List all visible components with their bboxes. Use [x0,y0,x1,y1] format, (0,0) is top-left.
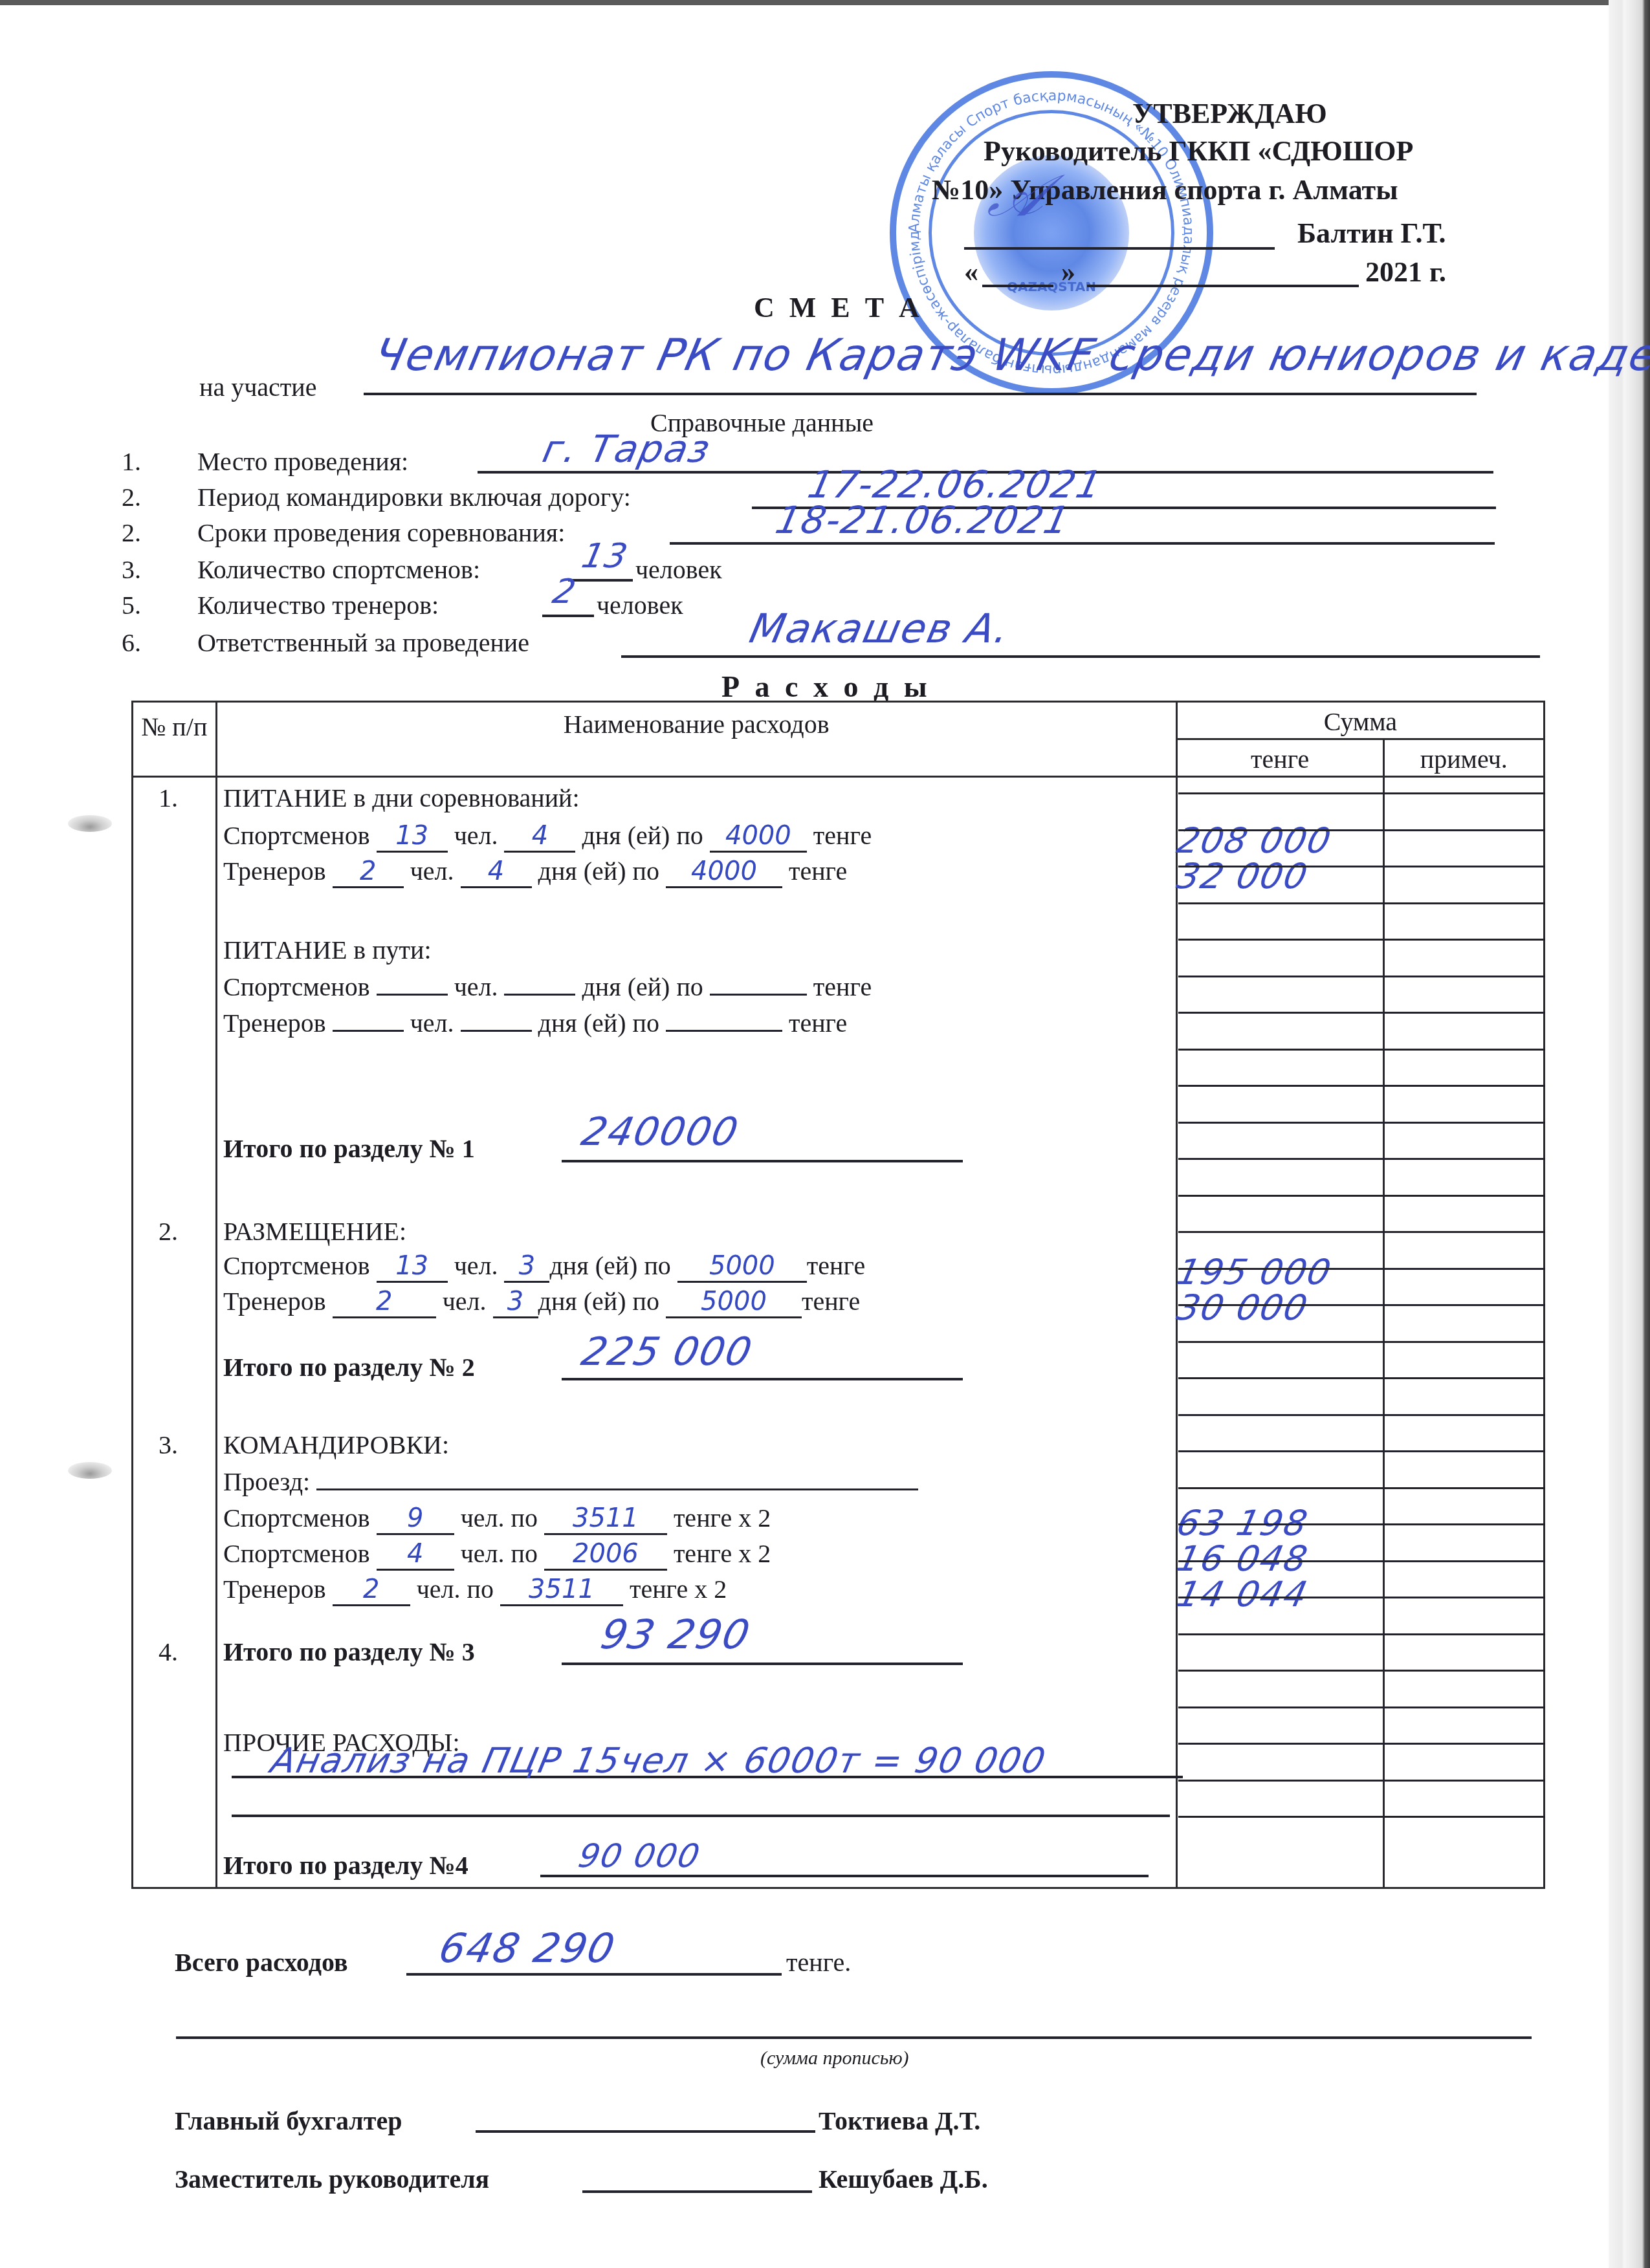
fill-rate: 4000 [710,821,807,853]
label: чел. [454,821,498,850]
fill-count: 13 [377,821,448,853]
row-coaches-food: Тренеров 2 чел. 4 дня (ей) по 4000 тенге [223,856,847,888]
label: Тренеров [223,856,326,886]
header-name: Наименование расходов [216,702,1176,777]
ref-suffix: человек [597,590,683,620]
sum-column [1176,777,1383,1888]
total-line [562,1160,963,1162]
deputy-name: Кешубаев Д.Б. [819,2164,988,2194]
label: Спортсменов [223,1539,370,1568]
grid-row-rule [1178,902,1545,904]
label: Спортсменов [223,1251,370,1280]
total-section-3-label: Итого по разделу № 3 [223,1637,475,1667]
ref-label-athletes: Количество спортсменов: [197,554,480,585]
row-athletes-travel-2: Спортсменов 4 чел. по 2006 тенге х 2 [223,1538,771,1571]
ref-label-coaches: Количество тренеров: [197,590,439,620]
row-athletes-lodging: Спортсменов 13 чел. 3дня (ей) по 5000тен… [223,1250,865,1283]
label: дня (ей) по [538,1009,659,1038]
label: чел. по [461,1503,538,1532]
fill-rate: 5000 [666,1287,802,1318]
row-coaches-road: Тренеров чел. дня (ей) по тенге [223,1008,847,1038]
header-note: примеч. [1383,739,1544,777]
label: тенге х 2 [630,1575,727,1604]
ref-line [621,655,1540,658]
grid-row-rule [1178,866,1545,867]
amount-cell: 32 000 [1173,856,1312,897]
fill-count: 13 [377,1251,448,1283]
date-month-line [1087,285,1359,287]
grid-row-rule [1178,1122,1545,1124]
grid-row-rule [1178,1706,1545,1708]
grand-total-value: 648 290 [435,1925,620,1972]
date-open-quote: « [964,256,978,289]
total-section-3-value: 93 290 [597,1611,754,1658]
grid-row-rule [1178,1304,1545,1306]
grid-row-rule [1178,1597,1545,1598]
header-sum: Сумма [1176,702,1544,739]
total-section-1-value: 240000 [578,1109,743,1155]
date-close-quote: » [1061,256,1075,289]
label: чел. по [417,1575,494,1604]
label: Тренеров [223,1009,326,1038]
label: тенге х 2 [674,1539,771,1568]
section-num: 4. [159,1637,178,1667]
fill-count: 9 [377,1503,454,1535]
label: чел. [454,972,498,1001]
accountant-signature-line [476,2130,815,2133]
row-coaches-travel: Тренеров 2 чел. по 3511 тенге х 2 [223,1574,727,1606]
note-column [1383,777,1544,1888]
fill-days: 3 [493,1287,538,1318]
grid-row-rule [1178,792,1545,794]
other-line-2 [232,1815,1170,1817]
num-column [133,777,217,1888]
deputy-label: Заместитель руководителя [175,2164,489,2194]
row-coaches-lodging: Тренеров 2 чел. 3дня (ей) по 5000тенге [223,1286,860,1318]
total-section-2-label: Итого по разделу № 2 [223,1352,475,1382]
grid-row-rule [1178,976,1545,977]
total-line [562,1663,963,1665]
ref-value-responsible: Макашев А. [745,605,1015,652]
label: тенге [813,972,872,1001]
ref-suffix: человек [635,554,722,585]
label: Тренеров [223,1287,326,1316]
label: тенге х 2 [674,1503,771,1532]
amount-cell: 14 044 [1173,1574,1312,1615]
participation-label: на участие [199,372,316,402]
ref-value-competition-dates: 18-21.06.2021 [772,498,1074,542]
grid-row-rule [1178,1780,1545,1782]
grid-row-rule [1178,1670,1545,1672]
label: тенге [789,856,847,886]
signature-line [964,247,1275,250]
approval-year: 2021 г. [1365,256,1446,289]
grand-total-suffix: тенге. [786,1947,851,1978]
participation-value: Чемпионат РК по Каратэ WKF среди юниоров… [370,330,1650,381]
label: чел. по [461,1539,538,1568]
fill-days: 4 [461,856,532,888]
ref-num: 6. [122,627,141,658]
approver-name: Балтин Г.Т. [1297,217,1446,250]
ref-value-athletes: 13 [578,537,632,576]
total-section-1-label: Итого по разделу № 1 [223,1133,475,1164]
ref-value-coaches: 2 [549,572,580,611]
row-fare: Проезд: [223,1467,918,1497]
grid-row-rule [1178,1743,1545,1745]
label: Спортсменов [223,821,370,850]
ref-line [670,542,1495,545]
fill-count: 2 [333,1287,436,1318]
label: тенге [813,821,872,850]
grid-row-rule [1178,1268,1545,1270]
label: дня (ей) по [582,821,703,850]
ref-num: 5. [122,590,141,620]
fill-rate: 4000 [666,856,782,888]
total-section-4-value: 90 000 [575,1837,704,1875]
other-expense-value: Анализ на ПЦР 15чел × 6000т = 90 000 [267,1740,1050,1781]
header-tenge: тенге [1176,739,1383,777]
fill-count: 4 [377,1539,454,1571]
grid-row-rule [1178,1523,1545,1525]
grid-row-rule [1178,1560,1545,1562]
fill-days: 4 [504,821,575,853]
punch-hole-icon [68,1462,112,1479]
label: чел. [410,1009,454,1038]
ref-num: 2. [122,482,141,512]
label: дня (ей) по [538,1287,659,1316]
section-num: 3. [159,1430,178,1460]
grid-row-rule [1178,1450,1545,1452]
deputy-signature-line [582,2190,812,2193]
fill-rate: 3511 [544,1503,667,1535]
ref-line [542,615,594,617]
grid-row-rule [1178,939,1545,941]
grid-row-rule [1178,1377,1545,1379]
amount-cell: 30 000 [1173,1287,1312,1328]
grid-row-rule [1178,1158,1545,1160]
label: тенге [807,1251,865,1280]
fill-count: 2 [333,1575,410,1606]
scan-top-edge [0,0,1611,5]
ref-label-responsible: Ответственный за проведение [197,627,529,658]
label: Спортсменов [223,1503,370,1532]
amount-cell: 208 000 [1173,820,1336,861]
ref-num: 3. [122,554,141,585]
ref-label-venue: Место проведения: [197,446,408,477]
grid-row-rule [1178,1633,1545,1635]
section-food-competition: ПИТАНИЕ в дни соревнований: [223,783,580,813]
section-num: 1. [159,783,178,813]
total-line [562,1378,963,1380]
grand-total-line [406,1973,782,1976]
fill-days: 3 [504,1251,549,1283]
date-day-line [982,285,1053,287]
label: Тренеров [223,1575,326,1604]
fill-rate: 5000 [677,1251,807,1283]
ref-num: 2. [122,518,141,548]
grid-row-rule [1178,1012,1545,1014]
total-section-2-value: 225 000 [578,1329,757,1375]
label: тенге [789,1009,847,1038]
total-section-4-label: Итого по разделу №4 [223,1850,468,1881]
grid-row-rule [1178,829,1545,831]
label: Спортсменов [223,972,370,1001]
label: дня (ей) по [538,856,659,886]
row-athletes-travel-1: Спортсменов 9 чел. по 3511 тенге х 2 [223,1503,771,1535]
amount-cell: 195 000 [1173,1252,1336,1292]
grid-row-rule [1178,1231,1545,1233]
fill-rate: 3511 [500,1575,623,1606]
section-food-road: ПИТАНИЕ в пути: [223,935,432,965]
header-num: № п/п [133,702,217,777]
section-lodging: РАЗМЕЩЕНИЕ: [223,1216,406,1247]
label: тенге [802,1287,860,1316]
document-title: С М Е Т А [754,291,923,324]
label: дня (ей) по [549,1251,670,1280]
grid-row-rule [1178,1049,1545,1051]
fill-rate: 2006 [544,1539,667,1571]
ref-num: 1. [122,446,141,477]
label: чел. [454,1251,498,1280]
label: чел. [410,856,454,886]
grid-row-rule [1178,1195,1545,1197]
accountant-label: Главный бухгалтер [175,2106,402,2136]
amount-in-words-line [176,2036,1532,2039]
grand-total-label: Всего расходов [175,1947,347,1978]
grid-row-rule [1178,1085,1545,1087]
grid-row-rule [1178,1341,1545,1343]
section-travel: КОМАНДИРОВКИ: [223,1430,449,1460]
row-athletes-food: Спортсменов 13 чел. 4 дня (ей) по 4000 т… [223,820,872,853]
label: дня (ей) по [582,972,703,1001]
section-num: 2. [159,1216,178,1247]
ref-label-trip-period: Период командировки включая дорогу: [197,482,631,512]
fill-count: 2 [333,856,404,888]
label: чел. [443,1287,487,1316]
row-athletes-road: Спортсменов чел. дня (ей) по тенге [223,972,872,1002]
grid-row-rule [1178,1816,1545,1818]
approval-title: УТВЕРЖДАЮ [1132,97,1327,130]
ref-label-competition-dates: Сроки проведения соревнования: [197,518,565,548]
label: Проезд: [223,1467,310,1496]
amount-in-words-caption: (сумма прописью) [760,2047,909,2069]
total-line [540,1875,1149,1877]
ref-value-venue: г. Тараз [539,427,715,471]
accountant-name: Токтиева Д.Т. [819,2106,980,2136]
grid-row-rule [1178,1487,1545,1489]
punch-hole-icon [68,815,112,832]
amount-cell: 16 048 [1173,1538,1312,1579]
grid-row-rule [1178,1414,1545,1416]
expenses-title: Р а с х о д ы [721,670,931,704]
participation-line [364,393,1477,395]
